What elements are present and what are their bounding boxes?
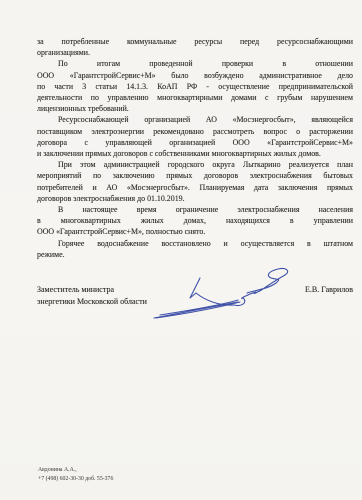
executor-contact: Авдонина А.А., +7 (498) 602-30-30 доб. 5… [38,466,113,484]
letter-body: за потребленные коммунальные ресурсы пер… [37,36,353,260]
text-line: Ресурсоснабжающей организацией АО «Мосэн… [37,114,353,125]
text-line: поставщиком электроэнергии рекомендовано… [37,126,353,137]
executor-name: Авдонина А.А., [38,466,113,475]
text-line: ООО «ГарантстройСервис+М», полностью сня… [37,226,353,237]
text-line: за потребленные коммунальные ресурсы пер… [37,36,353,47]
text-line: деятельности по управлению многоквартирн… [37,92,353,103]
text-line: и заключении прямых договоров с собствен… [37,148,353,159]
text-line: В настоящее время ограничение электросна… [37,204,353,215]
scanned-letter-page: за потребленные коммунальные ресурсы пер… [0,0,362,500]
text-line: договоров электроснабжения до 01.10.2019… [37,193,353,204]
text-line: мероприятий по заключению прямых договор… [37,170,353,181]
text-line: При этом администрацией городского округ… [37,159,353,170]
text-line: Горячее водоснабжение восстановлено и ос… [37,238,353,249]
signatory-title: Заместитель министра энергетики Московск… [37,284,147,307]
executor-phone: +7 (498) 602-30-30 доб. 55-376 [38,475,113,484]
text-line: ООО «ГарантстройСервис+М» было возбужден… [37,70,353,81]
text-line: организациями. [37,47,353,58]
signatory-title-line2: энергетики Московской области [37,296,147,308]
text-line: договора с управляющей организацией ООО … [37,137,353,148]
text-line: По итогам проведенной проверки в отношен… [37,58,353,69]
text-line: лицензионных требований. [37,103,353,114]
text-line: в многоквартирных жилых домах, находящих… [37,215,353,226]
text-line: по части 3 статьи 14.1.3. КоАП РФ - осущ… [37,81,353,92]
text-line: потребителей и АО «Мосэнергосбыт». Плани… [37,182,353,193]
signatory-title-line1: Заместитель министра [37,284,147,296]
signatory-name: Е.В. Гаврилов [305,284,353,296]
signature-block: Заместитель министра энергетики Московск… [37,284,353,307]
